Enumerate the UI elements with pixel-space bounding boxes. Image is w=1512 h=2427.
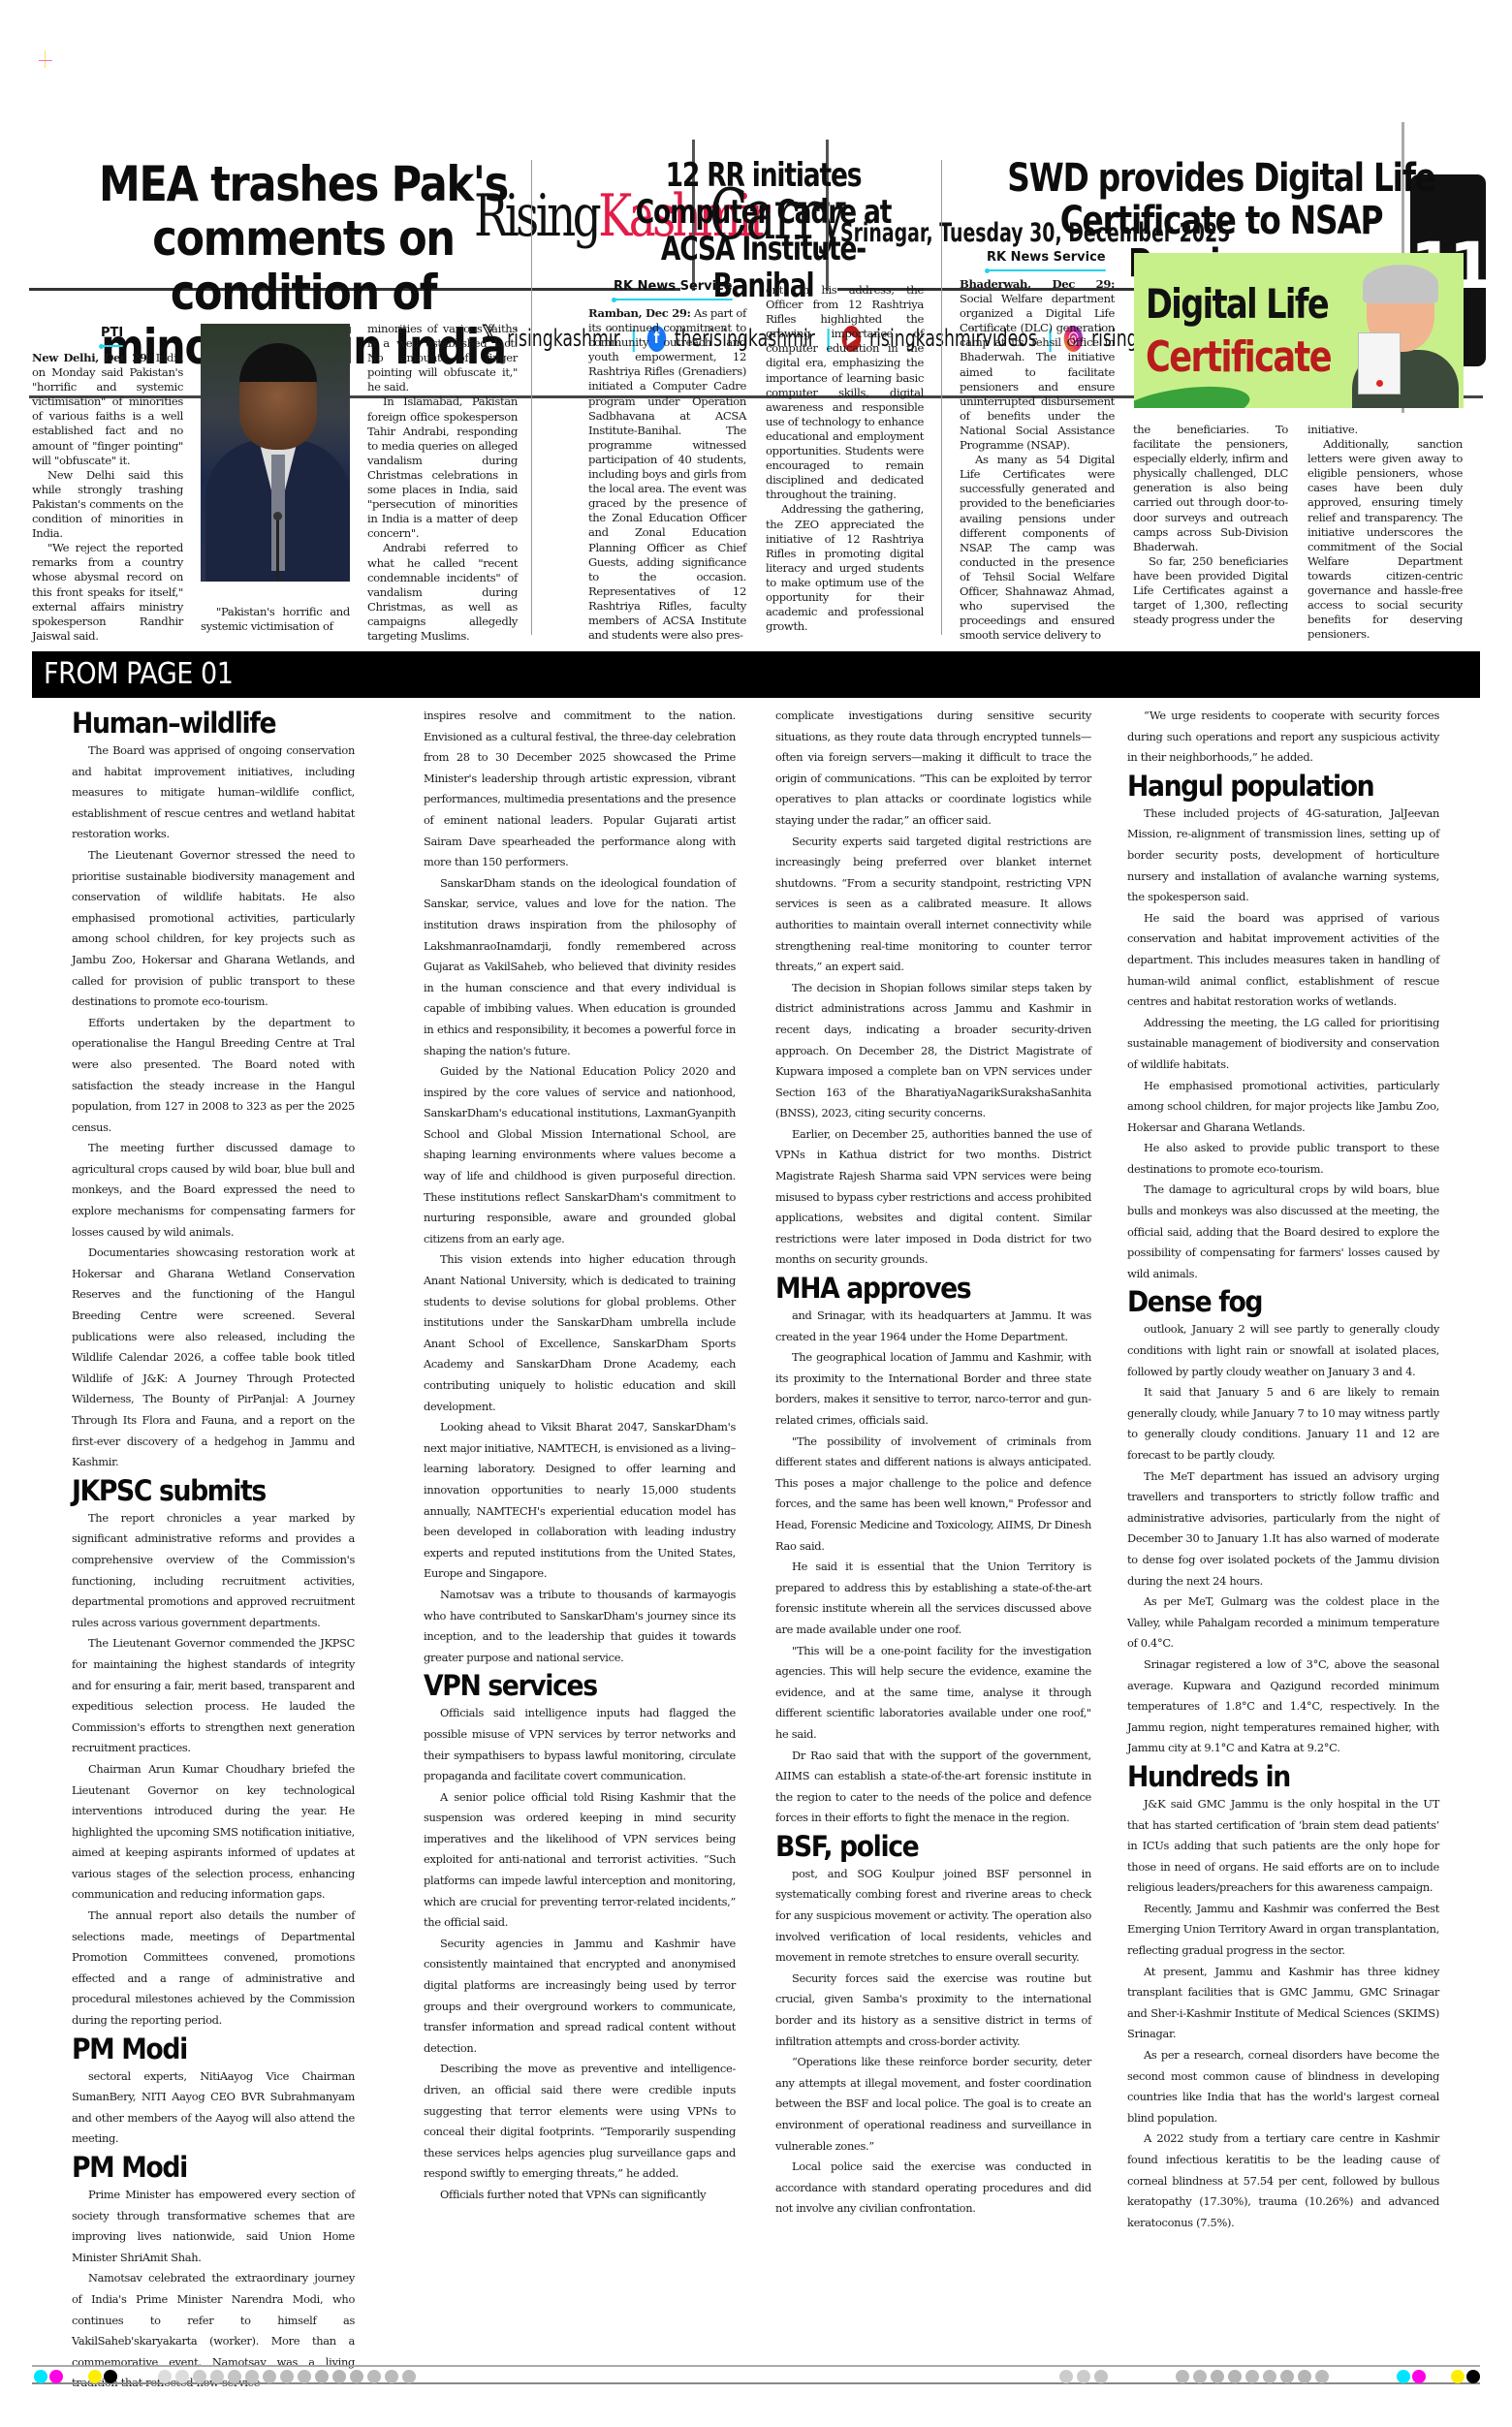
story-swd-col3: initiative. Additionally, sanction lette… — [1307, 423, 1463, 642]
byline: RK News Service — [614, 279, 733, 300]
from-page-banner: FROM PAGE 01 — [32, 651, 1480, 698]
byline: PTI — [101, 326, 123, 347]
byline-rr: RK News Service — [614, 275, 733, 300]
jump-headline: MHA approves — [775, 1271, 1066, 1306]
jump-headline: Hangul population — [1127, 769, 1414, 804]
cyan-swatch-icon — [1397, 2370, 1410, 2383]
jump-headline: PM Modi — [72, 2032, 332, 2066]
jump-column-3: complicate investigations during sensiti… — [775, 706, 1091, 2220]
black-swatch-icon — [104, 2370, 117, 2383]
byline-swd: RK News Service — [987, 246, 1106, 271]
jump-headline: Human–wildlife — [72, 706, 332, 741]
jump-headline: BSF, police — [775, 1829, 1066, 1864]
dateline-lead: Ramban, Dec 29: — [588, 306, 691, 320]
byline-mea: PTI — [101, 322, 123, 347]
spokesperson-photo — [201, 324, 350, 582]
story-swd-col2: the beneficiaries. To facilitate the pen… — [1133, 423, 1288, 627]
story-rr-col2: ent. In his address, the Officer from 12… — [766, 283, 924, 634]
story-mea-col1: New Delhi, Dec 29: India on Monday said … — [32, 351, 183, 644]
print-color-bar — [32, 2365, 1480, 2384]
story-mea-col3: minorities of various faiths is a well e… — [367, 322, 518, 644]
yellow-swatch-icon — [88, 2370, 102, 2383]
story-swd-col1: Bhaderwah, Dec 29: Social Welfare depart… — [960, 277, 1115, 643]
photo-caption: "Pakistan's horrific and systemic victim… — [201, 605, 350, 634]
jump-column-1: Human–wildlife The Board was apprised of… — [72, 706, 355, 2394]
masthead: RisingKashmir Carry Srinagar, Tuesday 30… — [0, 0, 1512, 145]
jump-headline: Hundreds in — [1127, 1759, 1414, 1794]
magenta-swatch-icon — [49, 2370, 63, 2383]
digital-life-certificate-graphic: Digital Life Certificate — [1134, 253, 1464, 408]
banner-title: FROM PAGE 01 — [44, 657, 233, 691]
cyan-swatch-icon — [34, 2370, 47, 2383]
jump-headline: JKPSC submits — [72, 1473, 332, 1508]
yellow-swatch-icon — [1451, 2370, 1465, 2383]
black-swatch-icon — [1466, 2370, 1480, 2383]
dateline-lead: New Delhi, Dec 29: — [32, 351, 151, 364]
column-rule — [531, 160, 532, 635]
story-rr-col1: Ramban, Dec 29: As part of its continued… — [588, 306, 746, 643]
jump-column-4: “We urge residents to cooperate with sec… — [1127, 706, 1439, 2233]
jump-headline: VPN services — [424, 1668, 710, 1703]
column-rule — [941, 160, 942, 635]
jump-headline: PM Modi — [72, 2150, 332, 2185]
jump-headline: Dense fog — [1127, 1284, 1414, 1319]
jump-column-2: inspires resolve and commitment to the n… — [424, 706, 736, 2206]
dateline-lead: Bhaderwah, Dec 29: — [960, 277, 1115, 291]
magenta-swatch-icon — [1412, 2370, 1426, 2383]
byline: RK News Service — [987, 250, 1106, 271]
